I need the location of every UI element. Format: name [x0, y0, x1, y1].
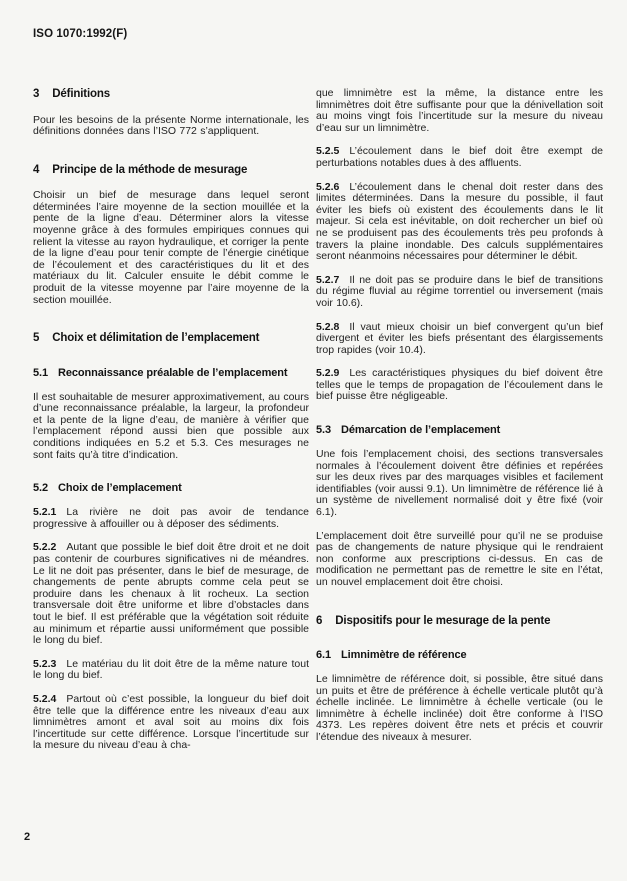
clause-text: Les caractéristiques physiques du bief d… [316, 367, 603, 402]
clause-4-paragraph: Choisir un bief de mesurage dans lequel … [33, 190, 309, 306]
clause-6-1-paragraph: Le limnimètre de référence doit, si poss… [316, 674, 603, 744]
document-page: ISO 1070:1992(F) 3Définitions Pour les b… [0, 0, 627, 881]
clause-5-2-7: 5.2.7Il ne doit pas se produire dans le … [316, 275, 603, 310]
clause-5-2-9: 5.2.9Les caractéristiques physiques du b… [316, 368, 603, 403]
clause-5-3-paragraph-1: Une fois l’emplacement choisi, des secti… [316, 449, 603, 519]
clause-number: 5.3 [316, 424, 331, 436]
clause-title: Choix et délimitation de l’emplacement [52, 332, 259, 344]
clause-text: Il vaut mieux choisir un bief convergent… [316, 321, 603, 356]
clause-4-heading: 4Principe de la méthode de mesurage [33, 164, 309, 178]
clause-5-heading: 5Choix et délimitation de l’emplacement [33, 332, 309, 346]
clause-number: 5.2.4 [33, 693, 56, 705]
clause-text: L’écoulement dans le chenal doit rester … [316, 181, 603, 263]
clause-title: Reconnaissance préalable de l’emplacemen… [58, 367, 287, 379]
clause-text: Il ne doit pas se produire dans le bief … [316, 274, 603, 309]
clause-5-2-4-continuation: que limnimètre est la même, la distance … [316, 88, 603, 134]
clause-6-1-heading: 6.1Limnimètre de référence [316, 649, 603, 662]
right-column: que limnimètre est la même, la distance … [316, 88, 603, 756]
clause-text: Partout où c’est possible, la longueur d… [33, 693, 309, 751]
clause-number: 5.2.8 [316, 321, 339, 333]
clause-5-2-3: 5.2.3Le matériau du lit doit être de la … [33, 659, 309, 682]
clause-5-3-paragraph-2: L’emplacement doit être surveillé pour q… [316, 531, 603, 589]
clause-number: 5.2.1 [33, 506, 56, 518]
clause-text: Autant que possible le bief doit être dr… [33, 541, 309, 646]
clause-text: L’écoulement dans le bief doit être exem… [316, 145, 603, 169]
clause-number: 5.1 [33, 367, 48, 379]
clause-number: 3 [33, 88, 39, 100]
clause-number: 6 [316, 615, 322, 627]
clause-5-2-5: 5.2.5L’écoulement dans le bief doit être… [316, 146, 603, 169]
clause-title: Choix de l’emplacement [58, 482, 182, 494]
clause-number: 5.2.9 [316, 367, 339, 379]
clause-number: 5.2.5 [316, 145, 339, 157]
clause-5-1-heading: 5.1Reconnaissance préalable de l’emplace… [33, 367, 309, 380]
clause-5-2-4: 5.2.4Partout où c’est possible, la longu… [33, 694, 309, 752]
clause-text: Le matériau du lit doit être de la même … [33, 658, 309, 682]
clause-number: 5 [33, 332, 39, 344]
clause-number: 5.2 [33, 482, 48, 494]
clause-title: Dispositifs pour le mesurage de la pente [335, 615, 550, 627]
clause-5-2-heading: 5.2Choix de l’emplacement [33, 482, 309, 495]
clause-title: Démarcation de l’emplacement [341, 424, 500, 436]
clause-3-heading: 3Définitions [33, 88, 309, 102]
clause-5-3-heading: 5.3Démarcation de l’emplacement [316, 424, 603, 437]
clause-number: 5.2.2 [33, 541, 56, 553]
clause-number: 5.2.3 [33, 658, 56, 670]
clause-title: Principe de la méthode de mesurage [52, 164, 247, 176]
clause-5-2-1: 5.2.1La rivière ne doit pas avoir de ten… [33, 507, 309, 530]
clause-3-paragraph: Pour les besoins de la présente Norme in… [33, 115, 309, 138]
clause-5-2-8: 5.2.8Il vaut mieux choisir un bief conve… [316, 322, 603, 357]
clause-5-2-2: 5.2.2Autant que possible le bief doit êt… [33, 542, 309, 646]
clause-5-2-6: 5.2.6L’écoulement dans le chenal doit re… [316, 182, 603, 263]
clause-number: 5.2.7 [316, 274, 339, 286]
clause-number: 5.2.6 [316, 181, 339, 193]
clause-title: Définitions [52, 88, 110, 100]
document-reference-header: ISO 1070:1992(F) [33, 28, 127, 40]
clause-5-1-paragraph: Il est souhaitable de mesurer approximat… [33, 392, 309, 462]
clause-number: 6.1 [316, 649, 331, 661]
clause-title: Limnimètre de référence [341, 649, 466, 661]
left-column: 3Définitions Pour les besoins de la prés… [33, 88, 309, 764]
clause-text: La rivière ne doit pas avoir de tendance… [33, 506, 309, 530]
clause-number: 4 [33, 164, 39, 176]
page-number: 2 [24, 831, 30, 843]
clause-6-heading: 6Dispositifs pour le mesurage de la pent… [316, 615, 603, 629]
